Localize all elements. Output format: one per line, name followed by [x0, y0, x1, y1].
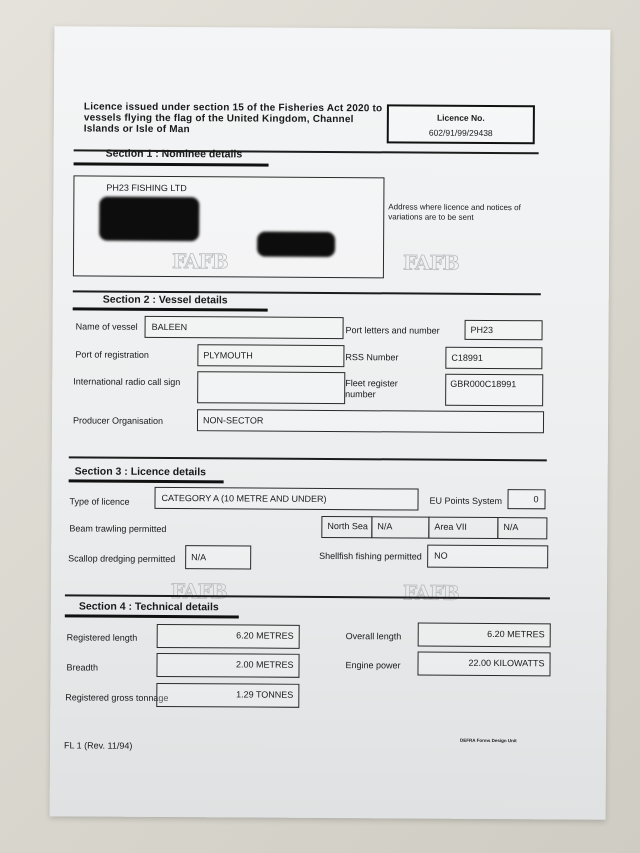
area-vii-label-cell: Area VII — [428, 517, 498, 539]
radio-call-sign-field — [197, 371, 345, 404]
section-underline — [69, 479, 224, 483]
licence-number-value: 602/91/99/29438 — [389, 127, 533, 138]
fleet-register-value: GBR000C18991 — [450, 379, 516, 389]
section4-title: Section 4 : Technical details — [79, 600, 219, 613]
eu-points-value: 0 — [533, 494, 538, 504]
rss-number-field: C18991 — [445, 347, 542, 370]
nominee-name: PH23 FISHING LTD — [106, 183, 186, 193]
section-divider — [65, 594, 550, 599]
producer-org-field: NON-SECTOR — [197, 409, 544, 433]
breadth-field: 2.00 METRES — [156, 653, 299, 678]
overall-length-value: 6.20 METRES — [487, 629, 545, 639]
redacted-postcode — [257, 232, 335, 257]
licence-type-value: CATEGORY A (10 METRE AND UNDER) — [162, 493, 327, 504]
fafb-watermark: FAFB — [403, 250, 459, 274]
form-reference: FL 1 (Rev. 11/94) — [64, 740, 132, 751]
section-underline — [73, 307, 268, 311]
vessel-name-value: BALEEN — [152, 322, 188, 332]
eu-points-field: 0 — [507, 489, 545, 509]
scallop-dredging-field: N/A — [185, 545, 251, 569]
section2-title: Section 2 : Vessel details — [103, 294, 228, 307]
eu-points-label: EU Points System — [429, 496, 502, 507]
area-vii-value-cell: N/A — [497, 517, 547, 539]
licence-type-label: Type of licence — [69, 496, 129, 507]
fleet-register-label: Fleet register number — [345, 378, 415, 400]
producer-org-value: NON-SECTOR — [203, 415, 263, 425]
shellfish-field: NO — [427, 545, 548, 569]
engine-power-label: Engine power — [345, 660, 400, 671]
fleet-register-field: GBR000C18991 — [445, 374, 543, 407]
design-unit-credit: DEFRA Forms Design Unit — [460, 738, 517, 743]
nominee-address-box: PH23 FISHING LTD FAFB — [73, 175, 385, 278]
registered-length-field: 6.20 METRES — [157, 624, 300, 649]
licence-number-box: Licence No. 602/91/99/29438 — [387, 104, 535, 144]
north-sea-label-cell: North Sea — [321, 516, 372, 538]
port-letters-label: Port letters and number — [346, 325, 440, 337]
producer-org-label: Producer Organisation — [73, 415, 163, 427]
vessel-name-label: Name of vessel — [76, 321, 138, 332]
licence-document: Licence issued under section 15 of the F… — [50, 26, 611, 819]
gross-tonnage-label: Registered gross tonnage — [65, 692, 168, 704]
vessel-name-field: BALEEN — [145, 316, 344, 339]
breadth-value: 2.00 METRES — [236, 659, 294, 669]
shellfish-label: Shellfish fishing permitted — [319, 551, 422, 563]
licence-type-field: CATEGORY A (10 METRE AND UNDER) — [154, 487, 418, 511]
registered-length-label: Registered length — [67, 632, 138, 643]
fafb-watermark: FAFB — [403, 580, 459, 604]
port-registration-value: PLYMOUTH — [203, 350, 252, 360]
port-registration-field: PLYMOUTH — [197, 344, 344, 367]
section-divider — [69, 456, 547, 461]
section-underline — [74, 162, 269, 166]
redacted-address — [99, 197, 199, 242]
rss-number-value: C18991 — [451, 353, 483, 363]
scallop-dredging-value: N/A — [191, 552, 206, 562]
address-note: Address where licence and notices of var… — [388, 202, 538, 223]
beam-trawling-label: Beam trawling permitted — [69, 523, 166, 535]
scallop-dredging-label: Scallop dredging permitted — [68, 553, 175, 565]
radio-call-sign-label: International radio call sign — [73, 376, 180, 388]
overall-length-label: Overall length — [346, 631, 402, 642]
gross-tonnage-field: 1.29 TONNES — [156, 683, 299, 708]
engine-power-field: 22.00 KILOWATTS — [417, 652, 550, 677]
port-letters-value: PH23 — [471, 325, 494, 335]
section1-title: Section 1 : Nominee details — [106, 148, 243, 161]
licence-statement: Licence issued under section 15 of the F… — [84, 101, 389, 136]
fafb-watermark: FAFB — [172, 249, 228, 273]
section-underline — [65, 614, 239, 618]
port-registration-label: Port of registration — [75, 349, 149, 360]
licence-number-label: Licence No. — [389, 112, 533, 123]
overall-length-field: 6.20 METRES — [418, 623, 551, 648]
breadth-label: Breadth — [66, 662, 98, 673]
engine-power-value: 22.00 KILOWATTS — [468, 658, 544, 668]
gross-tonnage-value: 1.29 TONNES — [236, 689, 293, 699]
shellfish-value: NO — [434, 551, 448, 561]
port-letters-field: PH23 — [465, 320, 543, 340]
rss-number-label: RSS Number — [345, 352, 398, 363]
registered-length-value: 6.20 METRES — [236, 630, 294, 640]
fafb-watermark: FAFB — [171, 579, 227, 603]
north-sea-value-cell: N/A — [371, 516, 429, 538]
section3-title: Section 3 : Licence details — [75, 465, 206, 478]
